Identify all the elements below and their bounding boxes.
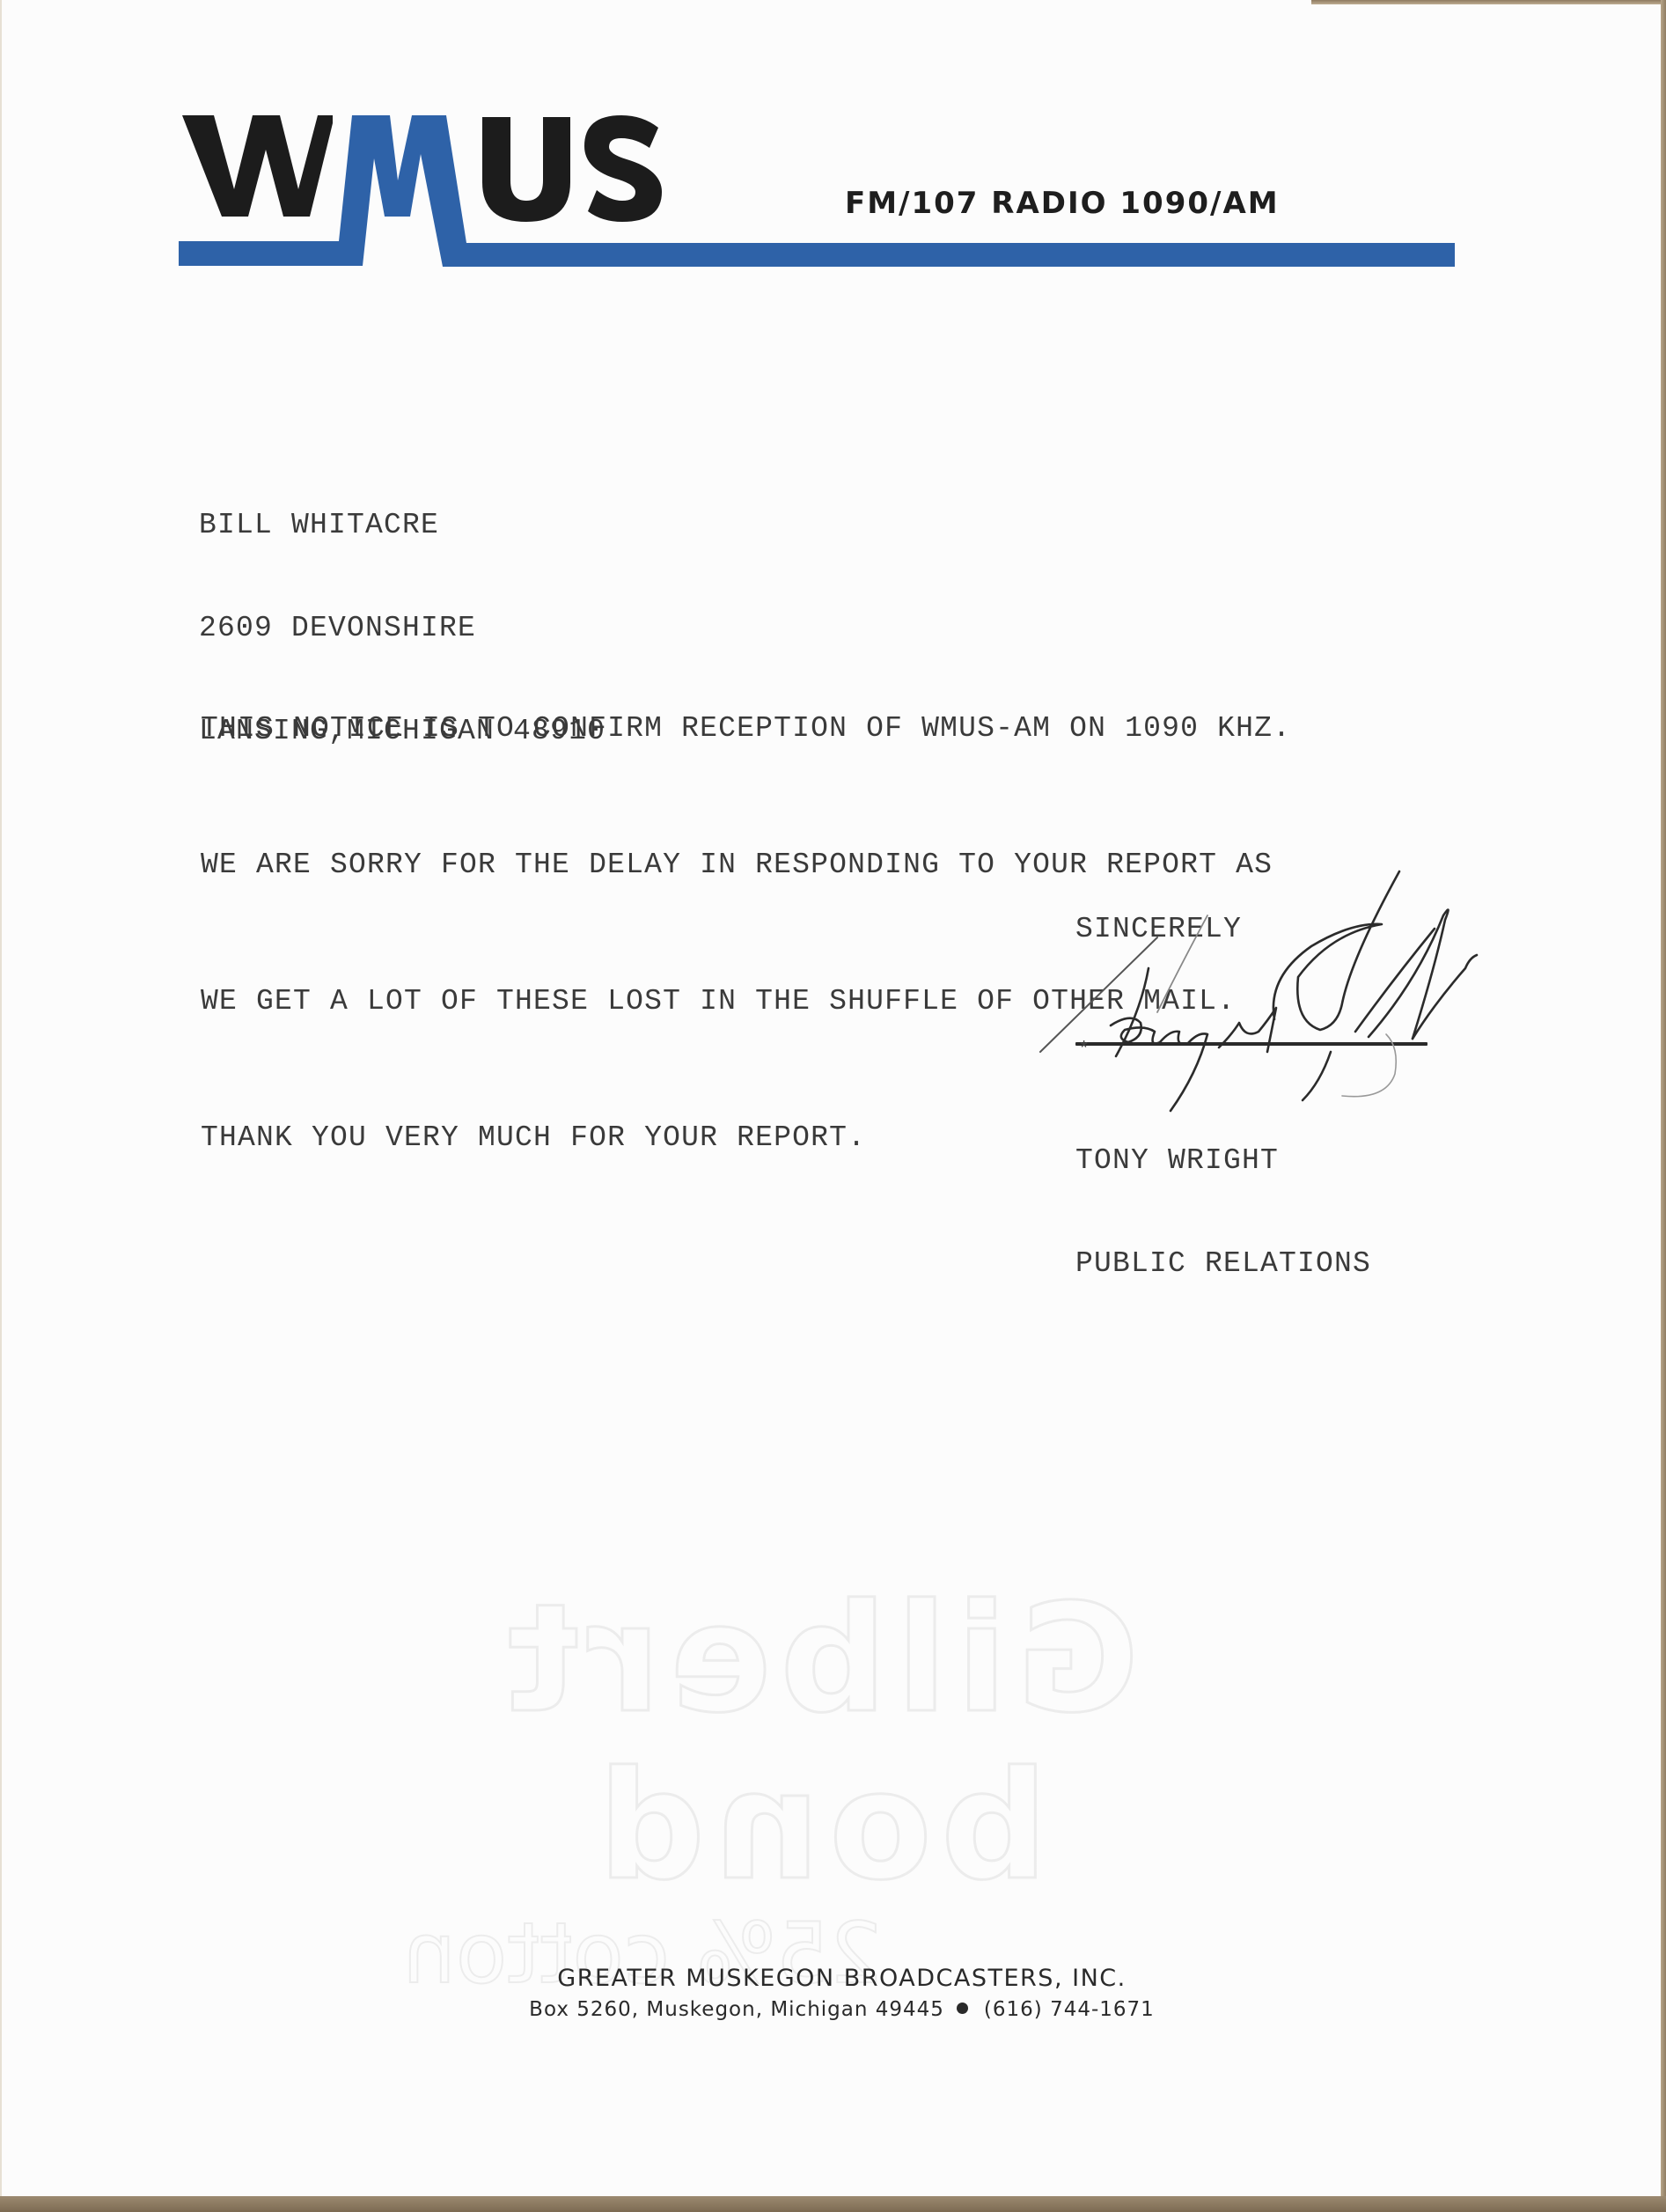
paper-edge-left — [0, 0, 2, 2212]
footer-contact: Box 5260, Muskegon, Michigan 49445(616) … — [0, 1998, 1666, 2021]
logo-letter-w — [182, 115, 333, 217]
logo-letter-s — [584, 115, 662, 222]
letter-page: FM/107 RADIO 1090/AM BILL WHITACRE 2609 … — [0, 0, 1666, 2212]
footer-company-name: GREATER MUSKEGON BROADCASTERS, INC. — [0, 1965, 1666, 1992]
recipient-street: 2609 DEVONSHIRE — [199, 611, 605, 645]
footer-phone: (616) 744-1671 — [984, 1998, 1155, 2021]
signer-name: TONY WRIGHT — [1075, 1143, 1371, 1178]
station-frequencies: FM/107 RADIO 1090/AM — [845, 186, 1280, 221]
paper-watermark: Gilbert bond 25% cotton — [352, 1576, 1285, 1840]
footer-address: Box 5260, Muskegon, Michigan 49445 — [529, 1998, 944, 2021]
watermark-main: Gilbert bond — [352, 1576, 1285, 1910]
recipient-name: BILL WHITACRE — [199, 508, 605, 542]
signer-title: PUBLIC RELATIONS — [1075, 1246, 1371, 1281]
body-line: THIS NOTICE IS TO CONFIRM RECEPTION OF W… — [201, 711, 1291, 779]
logo-letter-u — [482, 117, 570, 222]
signer-block: TONY WRIGHT PUBLIC RELATIONS — [1075, 1075, 1371, 1349]
paper-edge-bottom — [0, 2196, 1666, 2212]
bullet-icon — [957, 2003, 968, 2014]
paper-edge-top — [1311, 0, 1666, 4]
paper-edge-right — [1661, 0, 1666, 2212]
